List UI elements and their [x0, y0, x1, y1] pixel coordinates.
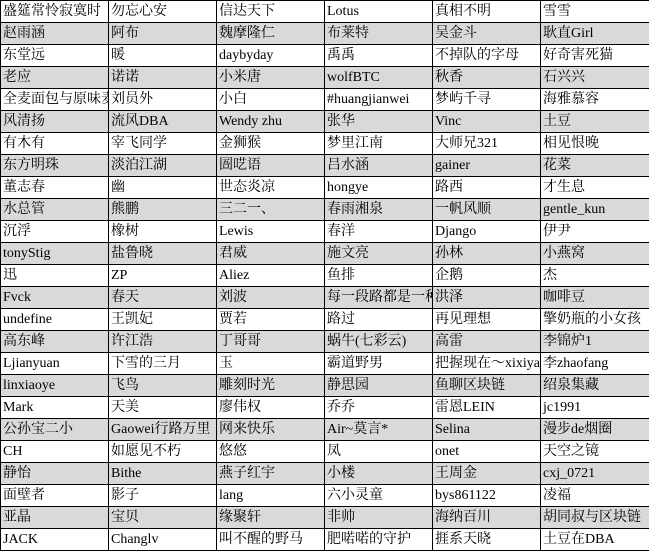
table-cell[interactable]: 李锦炉1 — [541, 331, 649, 353]
table-cell[interactable]: 董志春 — [1, 177, 109, 199]
table-row: 风清扬流风DBAWendy zhu张华Vinc土豆 — [1, 111, 649, 133]
table-cell[interactable]: 凤 — [325, 441, 433, 463]
table-cell[interactable]: Changlv — [109, 529, 217, 551]
table-cell[interactable]: 诺诺 — [109, 67, 217, 89]
table-row: 东堂远暖daybyday禹禹不掉队的字母好奇害死猫 — [1, 45, 649, 67]
table-row: linxiaoye飞鸟雕刻时光静思园鱼聊区块链绍泉集藏 — [1, 375, 649, 397]
table-cell[interactable]: 小白 — [217, 89, 325, 111]
table-cell[interactable]: 天美 — [109, 397, 217, 419]
table-row: undefine王凯妃贾若路过再见理想擎奶瓶的小女孩 — [1, 309, 649, 331]
table-cell[interactable]: 鱼排 — [325, 265, 433, 287]
table-cell[interactable]: Lewis — [217, 221, 325, 243]
table-cell[interactable]: 宰飞同学 — [109, 133, 217, 155]
table-cell[interactable]: 流风DBA — [109, 111, 217, 133]
table-cell[interactable]: 暖 — [109, 45, 217, 67]
table-cell[interactable]: 刘员外 — [109, 89, 217, 111]
table-cell[interactable]: 全麦面包与原味麦 — [1, 89, 109, 111]
table-cell[interactable]: Wendy zhu — [217, 111, 325, 133]
table-cell[interactable]: 信达天下 — [217, 1, 325, 23]
table-cell[interactable]: 风清扬 — [1, 111, 109, 133]
table-cell[interactable]: 李zhaofang — [541, 353, 649, 375]
table-cell[interactable]: 再见理想 — [433, 309, 541, 331]
table-cell[interactable]: 土豆在DBA — [541, 529, 649, 551]
table-cell[interactable]: 吕水涵 — [325, 155, 433, 177]
table-cell[interactable]: 真相不明 — [433, 1, 541, 23]
table-row: 静怡Bithe燕子红宇小楼王周金cxj_0721 — [1, 463, 649, 485]
table-cell[interactable]: 金狮猴 — [217, 133, 325, 155]
table-cell[interactable]: onet — [433, 441, 541, 463]
table-row: 有木有宰飞同学金狮猴梦里江南大师兄321相见恨晚 — [1, 133, 649, 155]
table-cell[interactable]: 路过 — [325, 309, 433, 331]
table-cell[interactable]: 伊尹 — [541, 221, 649, 243]
table-row: JACKChanglv叫不醒的野马肥喏喏的守护捱系天晓土豆在DBA — [1, 529, 649, 551]
table-cell[interactable]: 孙林 — [433, 243, 541, 265]
table-row: Fvck春天刘波每一段路都是一种洪泽咖啡豆 — [1, 287, 649, 309]
table-cell[interactable]: 张华 — [325, 111, 433, 133]
table-cell[interactable]: 盐鲁晓 — [109, 243, 217, 265]
table-cell[interactable]: 面壁者 — [1, 485, 109, 507]
table-cell[interactable]: 海雅慕容 — [541, 89, 649, 111]
table-cell[interactable]: 雷恩LEIN — [433, 397, 541, 419]
table-cell[interactable]: 宝贝 — [109, 507, 217, 529]
table-cell[interactable]: 耿直Girl — [541, 23, 649, 45]
table-cell[interactable]: 春雨湘泉 — [325, 199, 433, 221]
table-cell[interactable]: 小燕窝 — [541, 243, 649, 265]
table-cell[interactable]: Django — [433, 221, 541, 243]
table-cell[interactable]: 小米唐 — [217, 67, 325, 89]
table-cell[interactable]: 玉 — [217, 353, 325, 375]
table-cell[interactable]: 施文亮 — [325, 243, 433, 265]
table-cell[interactable]: 三二一、 — [217, 199, 325, 221]
table-cell[interactable]: undefine — [1, 309, 109, 331]
table-cell[interactable]: 大师兄321 — [433, 133, 541, 155]
members-table: 盛筵常怜寂寞时勿忘心安信达天下Lotus真相不明雪雪赵雨涵阿布魏摩隆仁布莱特吴金… — [0, 0, 649, 551]
table-cell[interactable]: Air~莫言* — [325, 419, 433, 441]
table-cell[interactable]: 叫不醒的野马 — [217, 529, 325, 551]
table-cell[interactable]: 淡泊江湖 — [109, 155, 217, 177]
table-row: 董志春幽世态炎凉hongye路西才生息 — [1, 177, 649, 199]
table-cell[interactable]: 非帅 — [325, 507, 433, 529]
table-row: 水总管熊鹏三二一、春雨湘泉一帆风顺gentle_kun — [1, 199, 649, 221]
table-cell[interactable]: 不掉队的字母 — [433, 45, 541, 67]
table-cell[interactable]: 企鹅 — [433, 265, 541, 287]
table-cell[interactable]: 一帆风顺 — [433, 199, 541, 221]
table-cell[interactable]: 擎奶瓶的小女孩 — [541, 309, 649, 331]
table-cell[interactable]: 老应 — [1, 67, 109, 89]
table-row: CH如愿见不朽悠悠凤onet天空之镜 — [1, 441, 649, 463]
table-cell[interactable]: 鱼聊区块链 — [433, 375, 541, 397]
table-cell[interactable]: 丁哥哥 — [217, 331, 325, 353]
table-cell[interactable]: Gaowei行路万里 — [109, 419, 217, 441]
table-cell[interactable]: 石兴兴 — [541, 67, 649, 89]
table-cell[interactable]: JACK — [1, 529, 109, 551]
table-cell[interactable]: 阿布 — [109, 23, 217, 45]
table-cell[interactable]: Ljianyuan — [1, 353, 109, 375]
table-cell[interactable]: lang — [217, 485, 325, 507]
table-cell[interactable]: 魏摩隆仁 — [217, 23, 325, 45]
table-cell[interactable]: 缘聚轩 — [217, 507, 325, 529]
table-cell[interactable]: 水总管 — [1, 199, 109, 221]
table-cell[interactable]: 公孙宝二小 — [1, 419, 109, 441]
table-cell[interactable]: 雕刻时光 — [217, 375, 325, 397]
table-cell[interactable]: 咖啡豆 — [541, 287, 649, 309]
table-row: 高东峰许江浩丁哥哥蜗牛(七彩云)高雷李锦炉1 — [1, 331, 649, 353]
table-cell[interactable]: 杰 — [541, 265, 649, 287]
table-cell[interactable]: 勿忘心安 — [109, 1, 217, 23]
table-cell[interactable]: 迅 — [1, 265, 109, 287]
table-cell[interactable]: 海纳百川 — [433, 507, 541, 529]
table-cell[interactable]: 高雷 — [433, 331, 541, 353]
table-cell[interactable]: bys861122 — [433, 485, 541, 507]
table-cell[interactable]: 梦屿千寻 — [433, 89, 541, 111]
table-cell[interactable]: 东方明珠 — [1, 155, 109, 177]
table-cell[interactable]: Aliez — [217, 265, 325, 287]
table-cell[interactable]: 小楼 — [325, 463, 433, 485]
table-cell[interactable]: 廖伟权 — [217, 397, 325, 419]
table-row: 老应诺诺小米唐wolfBTC秋香石兴兴 — [1, 67, 649, 89]
table-cell[interactable]: Fvck — [1, 287, 109, 309]
table-cell[interactable]: 飞鸟 — [109, 375, 217, 397]
table-cell[interactable]: Selina — [433, 419, 541, 441]
table-cell[interactable]: 绍泉集藏 — [541, 375, 649, 397]
table-cell[interactable]: 漫步de烟圈 — [541, 419, 649, 441]
table-cell[interactable]: 路西 — [433, 177, 541, 199]
table-cell[interactable]: #huangjianwei — [325, 89, 433, 111]
table-cell[interactable]: 熊鹏 — [109, 199, 217, 221]
table-cell[interactable]: 每一段路都是一种 — [325, 287, 433, 309]
table-cell[interactable]: 布莱特 — [325, 23, 433, 45]
table-cell[interactable]: 霸道野男 — [325, 353, 433, 375]
table-cell[interactable]: 如愿见不朽 — [109, 441, 217, 463]
table-cell[interactable]: 肥喏喏的守护 — [325, 529, 433, 551]
table-cell[interactable]: 赵雨涵 — [1, 23, 109, 45]
table-cell[interactable]: 土豆 — [541, 111, 649, 133]
table-row: 沉浮橡树Lewis春洋Django伊尹 — [1, 221, 649, 243]
table-cell[interactable]: 影子 — [109, 485, 217, 507]
table-cell[interactable]: 东堂远 — [1, 45, 109, 67]
table-body: 盛筵常怜寂寞时勿忘心安信达天下Lotus真相不明雪雪赵雨涵阿布魏摩隆仁布莱特吴金… — [1, 1, 649, 551]
table-cell[interactable]: gentle_kun — [541, 199, 649, 221]
table-cell[interactable]: 君威 — [217, 243, 325, 265]
table-cell[interactable]: 下雪的三月 — [109, 353, 217, 375]
table-cell[interactable]: 春天 — [109, 287, 217, 309]
table-cell[interactable]: 吴金斗 — [433, 23, 541, 45]
table-cell[interactable]: tonyStig — [1, 243, 109, 265]
table-cell[interactable]: 凌福 — [541, 485, 649, 507]
table-cell[interactable]: daybyday — [217, 45, 325, 67]
table-cell[interactable]: 捱系天晓 — [433, 529, 541, 551]
table-cell[interactable]: 沉浮 — [1, 221, 109, 243]
table-cell[interactable]: 好奇害死猫 — [541, 45, 649, 67]
table-cell[interactable]: 亚晶 — [1, 507, 109, 529]
table-cell[interactable]: Vinc — [433, 111, 541, 133]
table-cell[interactable]: jc1991 — [541, 397, 649, 419]
table-cell[interactable]: Mark — [1, 397, 109, 419]
table-cell[interactable]: 梦里江南 — [325, 133, 433, 155]
table-cell[interactable]: linxiaoye — [1, 375, 109, 397]
table-cell[interactable]: 许江浩 — [109, 331, 217, 353]
table-cell[interactable]: 高东峰 — [1, 331, 109, 353]
table-row: 面壁者影子lang六小灵童bys861122凌福 — [1, 485, 649, 507]
table-cell[interactable]: 雪雪 — [541, 1, 649, 23]
table-cell[interactable]: cxj_0721 — [541, 463, 649, 485]
table-cell[interactable]: 静怡 — [1, 463, 109, 485]
table-row: 全麦面包与原味麦刘员外小白#huangjianwei梦屿千寻海雅慕容 — [1, 89, 649, 111]
table-cell[interactable]: 王周金 — [433, 463, 541, 485]
table-row: Mark天美廖伟权乔乔雷恩LEINjc1991 — [1, 397, 649, 419]
table-row: 赵雨涵阿布魏摩隆仁布莱特吴金斗耿直Girl — [1, 23, 649, 45]
table-cell[interactable]: 秋香 — [433, 67, 541, 89]
table-cell[interactable]: Bithe — [109, 463, 217, 485]
table-cell[interactable]: 乔乔 — [325, 397, 433, 419]
table-cell[interactable]: 有木有 — [1, 133, 109, 155]
table-cell[interactable]: 网来快乐 — [217, 419, 325, 441]
table-cell[interactable]: 橡树 — [109, 221, 217, 243]
table-cell[interactable]: 贾若 — [217, 309, 325, 331]
table-row: tonyStig盐鲁晓君威施文亮孙林小燕窝 — [1, 243, 649, 265]
table-cell[interactable]: 刘波 — [217, 287, 325, 309]
table-cell[interactable]: 花菜 — [541, 155, 649, 177]
table-cell[interactable]: 静思园 — [325, 375, 433, 397]
table-cell[interactable]: 才生息 — [541, 177, 649, 199]
table-cell[interactable]: hongye — [325, 177, 433, 199]
table-row: 亚晶宝贝缘聚轩非帅海纳百川胡同叔与区块链 — [1, 507, 649, 529]
table-cell[interactable]: gainer — [433, 155, 541, 177]
table-row: 东方明珠淡泊江湖圄呓语吕水涵gainer花菜 — [1, 155, 649, 177]
table-cell[interactable]: 洪泽 — [433, 287, 541, 309]
table-cell[interactable]: 天空之镜 — [541, 441, 649, 463]
table-cell[interactable]: 把握现在～xixiyan — [433, 353, 541, 375]
table-cell[interactable]: CH — [1, 441, 109, 463]
table-cell[interactable]: 悠悠 — [217, 441, 325, 463]
table-cell[interactable]: 胡同叔与区块链 — [541, 507, 649, 529]
table-row: 迅ZPAliez鱼排企鹅杰 — [1, 265, 649, 287]
table-cell[interactable]: 六小灵童 — [325, 485, 433, 507]
table-cell[interactable]: 圄呓语 — [217, 155, 325, 177]
table-cell[interactable]: 幽 — [109, 177, 217, 199]
table-cell[interactable]: Lotus — [325, 1, 433, 23]
table-row: 盛筵常怜寂寞时勿忘心安信达天下Lotus真相不明雪雪 — [1, 1, 649, 23]
table-row: Ljianyuan下雪的三月玉霸道野男把握现在～xixiyan李zhaofang — [1, 353, 649, 375]
table-cell[interactable]: 蜗牛(七彩云) — [325, 331, 433, 353]
table-cell[interactable]: 王凯妃 — [109, 309, 217, 331]
table-cell[interactable]: 盛筵常怜寂寞时 — [1, 1, 109, 23]
table-cell[interactable]: wolfBTC — [325, 67, 433, 89]
table-cell[interactable]: 禹禹 — [325, 45, 433, 67]
table-cell[interactable]: 相见恨晚 — [541, 133, 649, 155]
table-cell[interactable]: ZP — [109, 265, 217, 287]
table-cell[interactable]: 世态炎凉 — [217, 177, 325, 199]
table-cell[interactable]: 燕子红宇 — [217, 463, 325, 485]
table-cell[interactable]: 春洋 — [325, 221, 433, 243]
table-row: 公孙宝二小Gaowei行路万里网来快乐Air~莫言*Selina漫步de烟圈 — [1, 419, 649, 441]
